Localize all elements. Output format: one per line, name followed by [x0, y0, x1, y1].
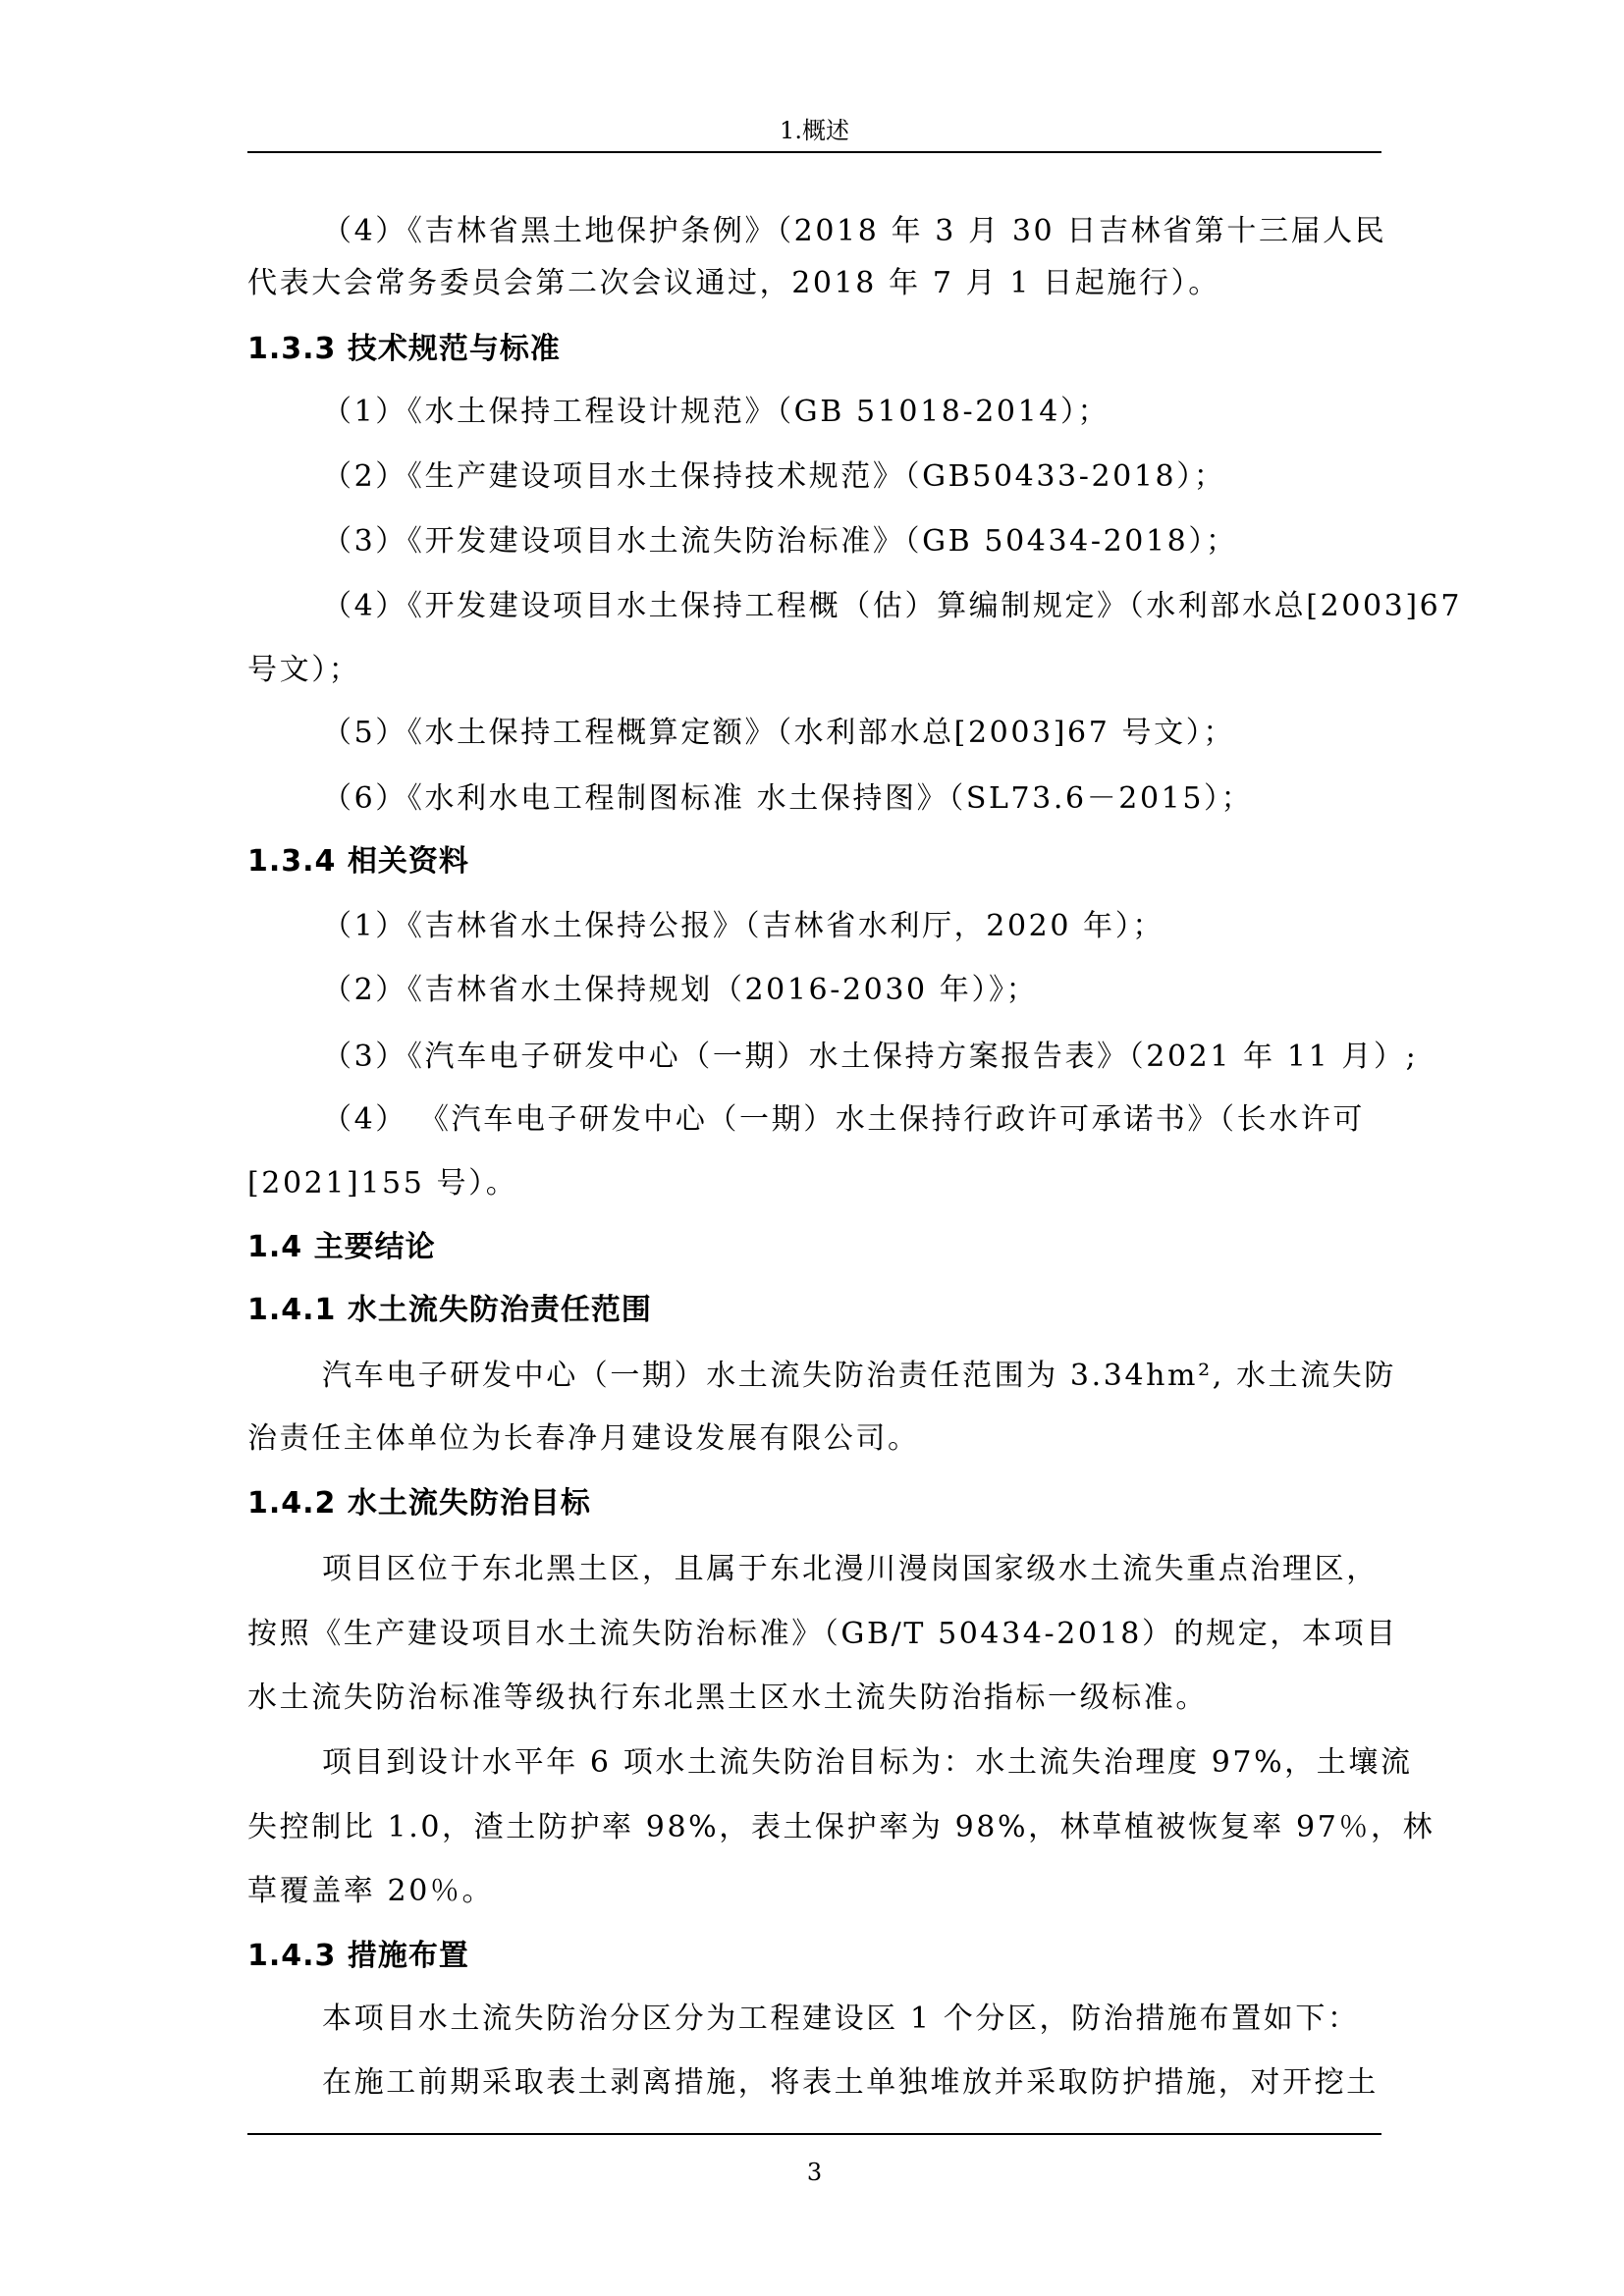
paragraph-line: 治责任主体单位为长春净月建设发展有限公司。: [247, 1419, 1386, 1459]
paragraph-line: （6）《水利水电工程制图标准 水土保持图》（SL73.6－2015）；: [322, 779, 1386, 819]
paragraph-line: [2021]155 号）。: [247, 1164, 1386, 1203]
paragraph-line: 水土流失防治标准等级执行东北黑土区水土流失防治指标一级标准。: [247, 1679, 1386, 1718]
paragraph-line: 本项目水土流失防治分区分为工程建设区 1 个分区，防治措施布置如下：: [322, 2000, 1386, 2039]
paragraph-line: 项目区位于东北黑土区，且属于东北漫川漫岗国家级水土流失重点治理区，: [322, 1550, 1386, 1589]
paragraph-line: （2）《生产建设项目水土保持技术规范》（GB50433-2018）；: [322, 457, 1386, 497]
section-heading: 1.4.3 措施布置: [247, 1937, 1386, 1976]
paragraph-line: 失控制比 1.0，渣土防护率 98%，表土保护率为 98%，林草植被恢复率 97…: [247, 1808, 1386, 1847]
paragraph-line: 草覆盖率 20％。: [247, 1872, 1386, 1911]
paragraph-line: 按照《生产建设项目水土流失防治标准》（GB/T 50434-2018）的规定，本…: [247, 1615, 1386, 1654]
paragraph-line: （2）《吉林省水土保持规划（2016-2030 年）》；: [322, 971, 1386, 1010]
paragraph-line: （3）《开发建设项目水土流失防治标准》（GB 50434-2018）；: [322, 522, 1386, 561]
page-header-title: 1.概述: [247, 116, 1381, 145]
paragraph-line: （1）《吉林省水土保持公报》（吉林省水利厅，2020 年）；: [322, 907, 1386, 946]
page-number: 3: [247, 2158, 1381, 2187]
header-rule: [247, 151, 1381, 153]
paragraph-line: （4）《吉林省黑土地保护条例》（2018 年 3 月 30 日吉林省第十三届人民: [322, 212, 1386, 251]
paragraph-line: （5）《水土保持工程概算定额》（水利部水总[2003]67 号文）；: [322, 714, 1386, 753]
section-heading: 1.4.2 水土流失防治目标: [247, 1484, 1386, 1523]
paragraph-line: 项目到设计水平年 6 项水土流失防治目标为：水土流失治理度 97%，土壤流: [322, 1743, 1386, 1783]
paragraph-line: （4） 《汽车电子研发中心（一期）水土保持行政许可承诺书》（长水许可: [322, 1100, 1386, 1140]
section-heading: 1.3.3 技术规范与标准: [247, 330, 1386, 369]
paragraph-line: 号文）；: [247, 651, 1386, 690]
section-heading: 1.4 主要结论: [247, 1228, 1386, 1267]
section-heading: 1.4.1 水土流失防治责任范围: [247, 1291, 1386, 1330]
section-heading: 1.3.4 相关资料: [247, 842, 1386, 881]
paragraph-line: （1）《水土保持工程设计规范》（GB 51018-2014）；: [322, 393, 1386, 432]
paragraph-line: （4）《开发建设项目水土保持工程概（估）算编制规定》（水利部水总[2003]67: [322, 587, 1386, 626]
paragraph-line: 在施工前期采取表土剥离措施，将表土单独堆放并采取防护措施，对开挖土: [322, 2063, 1386, 2103]
paragraph-line: 汽车电子研发中心（一期）水土流失防治责任范围为 3.34hm², 水土流失防: [322, 1357, 1386, 1396]
paragraph-line: 代表大会常务委员会第二次会议通过，2018 年 7 月 1 日起施行）。: [247, 264, 1386, 303]
paragraph-line: （3）《汽车电子研发中心（一期）水土保持方案报告表》（2021 年 11 月）;: [322, 1038, 1386, 1077]
footer-rule: [247, 2133, 1381, 2135]
